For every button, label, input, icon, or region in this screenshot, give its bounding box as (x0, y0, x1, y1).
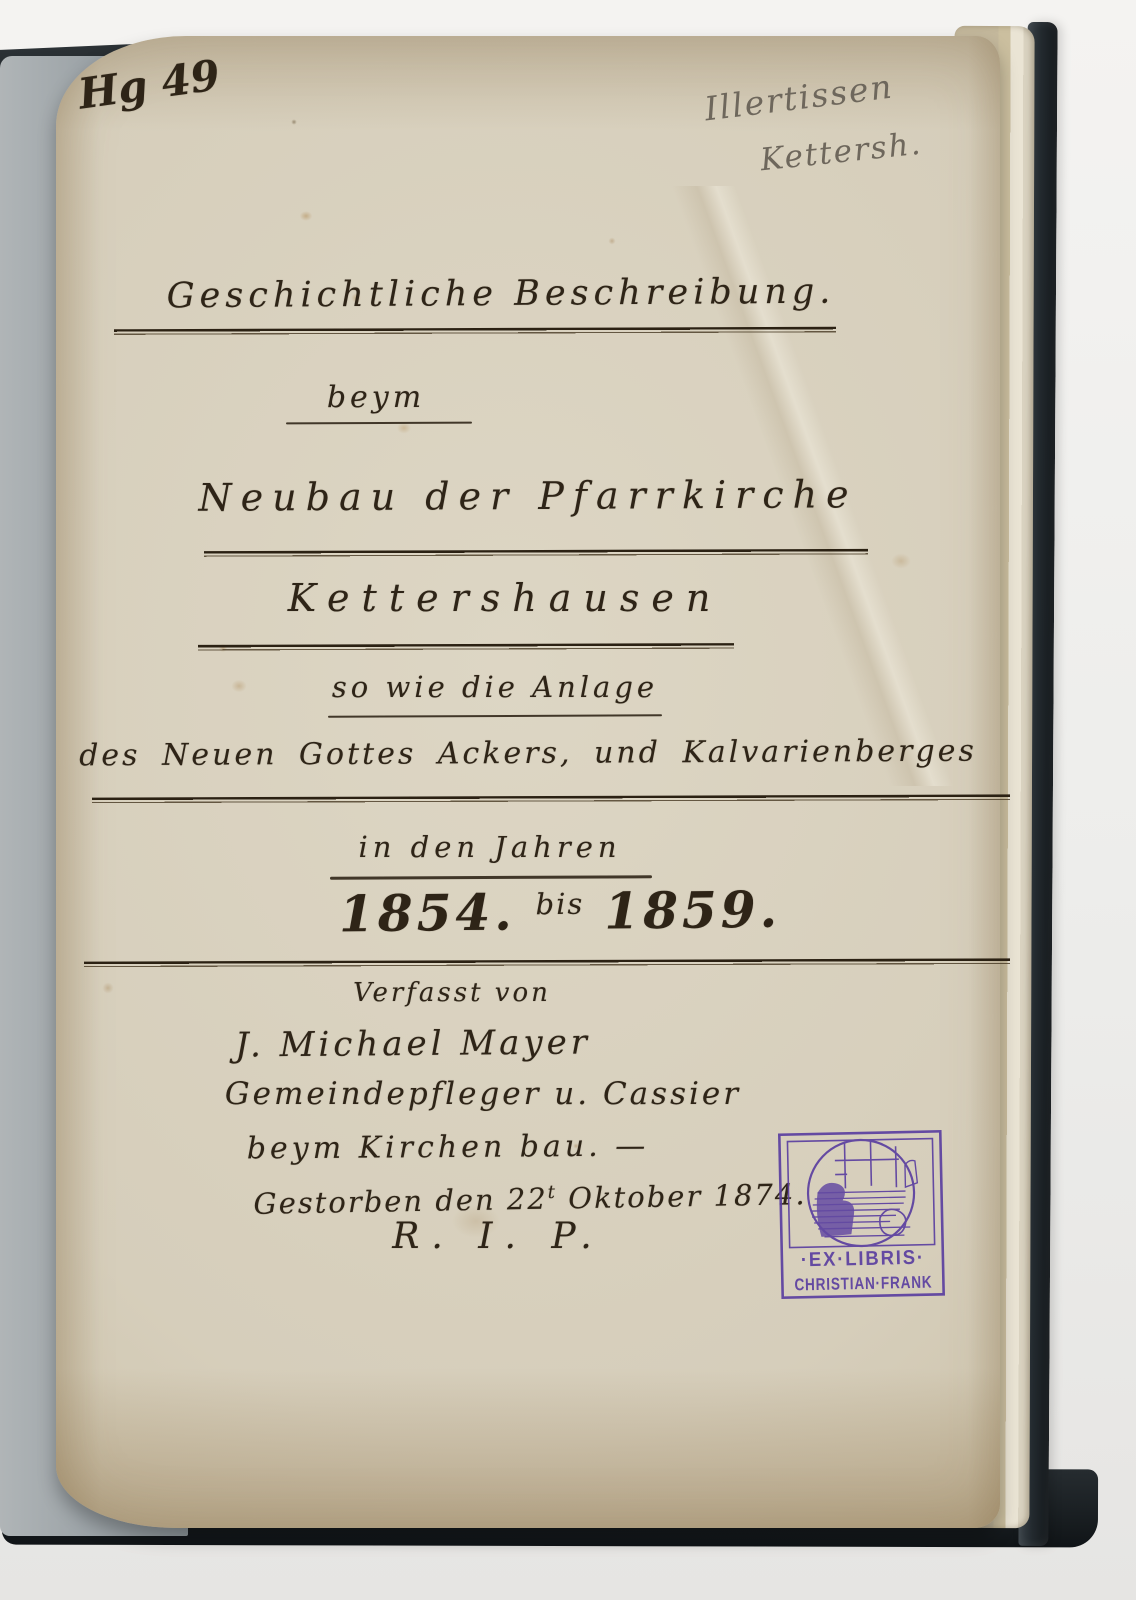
title-rule-2 (286, 422, 472, 425)
title-line-5: so wie die Anlage (56, 670, 934, 704)
photo-backdrop: { "photo": { "shelfmark": "Hg 49", "penc… (0, 0, 1136, 1600)
year-to: 1859. (604, 880, 781, 941)
title-rule-8 (84, 958, 1010, 967)
stamp-text-ex-libris: ·EX·LIBRIS· (801, 1247, 925, 1272)
death-date-post: Oktober 1874. (557, 1177, 807, 1215)
title-rule-1 (114, 327, 836, 336)
title-line-4: Kettershausen (56, 576, 954, 620)
author-line-4: beym Kirchen bau. — (56, 1127, 840, 1167)
title-rule-3 (204, 549, 868, 557)
author-line-3: Gemeindepfleger u. Cassier (56, 1076, 910, 1112)
title-line-7: in den Jahren (56, 830, 924, 864)
shelfmark-number: Hg 49 (75, 50, 223, 118)
ex-libris-stamp: ·EX·LIBRIS· CHRISTIAN·FRANK (776, 1128, 948, 1301)
title-rule-6 (92, 794, 1010, 803)
author-line-1: Verfasst von (56, 978, 848, 1008)
title-years: 1854.bis1859. (120, 877, 1001, 945)
title-line-1: Geschichtliche Beschreibung. (56, 271, 946, 317)
author-line-2: J. Michael Mayer (56, 1021, 770, 1067)
title-rule-4 (198, 643, 734, 651)
title-rule-5 (328, 714, 662, 718)
title-line-2: beym (56, 380, 696, 415)
title-line-6: des Neuen Gottes Ackers, und Kalvarienbe… (56, 734, 1000, 774)
year-from: 1854. (339, 882, 516, 943)
death-date-superscript: t (548, 1182, 558, 1203)
stamp-text-owner-name: CHRISTIAN·FRANK (794, 1273, 932, 1295)
title-rule-7 (330, 875, 652, 879)
reader-at-window-scene-icon (807, 1139, 919, 1247)
pencil-annotation-line2: Kettersh. (759, 126, 924, 179)
pencil-annotation-line1: Illertissen (702, 67, 895, 129)
manuscript-title-page: Hg 49 Illertissen Kettersh. Geschichtlic… (56, 36, 1000, 1528)
year-separator: bis (535, 887, 584, 922)
title-line-3: Neubau der Pfarrkirche (56, 472, 1000, 521)
death-date-pre: Gestorben den 22 (253, 1182, 548, 1221)
